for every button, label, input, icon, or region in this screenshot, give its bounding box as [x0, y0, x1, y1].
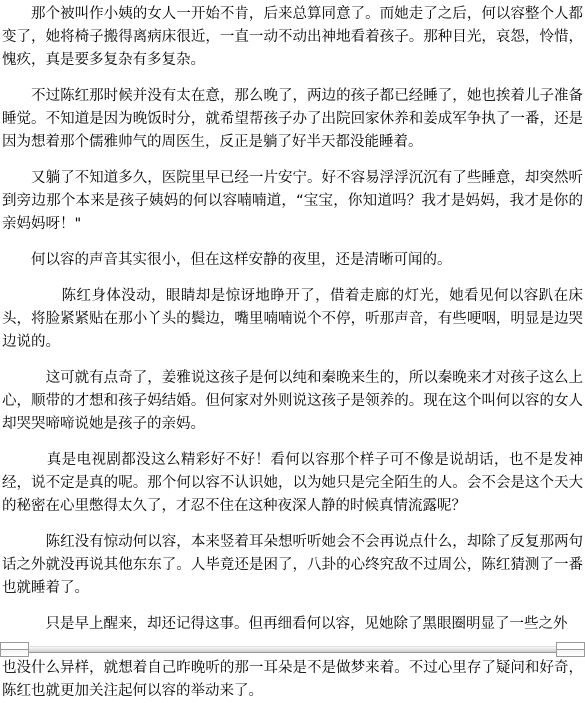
page-break-line: [0, 646, 585, 653]
paragraph-3: 又躺了不知道多久，医院里早已经一片安宁。好不容易浮浮沉沉有了些睡意，却突然听到旁…: [2, 167, 583, 236]
page-break-left-handle-icon: [0, 642, 29, 657]
paragraph-6: 这可就有点奇了，姜雅说这孩子是何以纯和秦晚来生的，所以秦晚来才对孩子这么上心，顺…: [2, 367, 583, 436]
page-break-right-handle-icon: [556, 642, 585, 657]
paragraph-9-before-break: 只是早上醒来，却还记得这事。但再细看何以容，见她除了黑眼圈明显了一些之外: [2, 613, 583, 636]
page-break-marker: [0, 636, 585, 657]
paragraph-9-after-break: 也没什么异样，就想着自己昨晚听的那一耳朵是不是做梦来着。不过心里存了疑问和好奇，…: [2, 657, 583, 703]
paragraph-5: 陈红身体没动，眼睛却是惊讶地睁开了，借着走廊的灯光，她看见何以容趴在床头，将脸紧…: [2, 285, 583, 354]
paragraph-7: 真是电视剧都没这么精彩好不好！看何以容那个样子可不像是说胡话，也不是发神经，说不…: [2, 449, 583, 518]
paragraph-4: 何以容的声音其实很小，但在这样安静的夜里，还是清晰可闻的。: [2, 249, 583, 272]
reader-page[interactable]: 那个被叫作小姨的女人一开始不肯，后来总算同意了。而她走了之后，何以容整个人都变了…: [0, 0, 585, 703]
paragraph-2: 不过陈红那时候并没有太在意，那么晚了，两边的孩子都已经睡了，她也挨着儿子准备睡觉…: [2, 85, 583, 154]
paragraph-1: 那个被叫作小姨的女人一开始不肯，后来总算同意了。而她走了之后，何以容整个人都变了…: [2, 3, 583, 72]
paragraph-8: 陈红没有惊动何以容，本来竖着耳朵想听听她会不会再说点什么，却除了反复那两句话之外…: [2, 531, 583, 600]
